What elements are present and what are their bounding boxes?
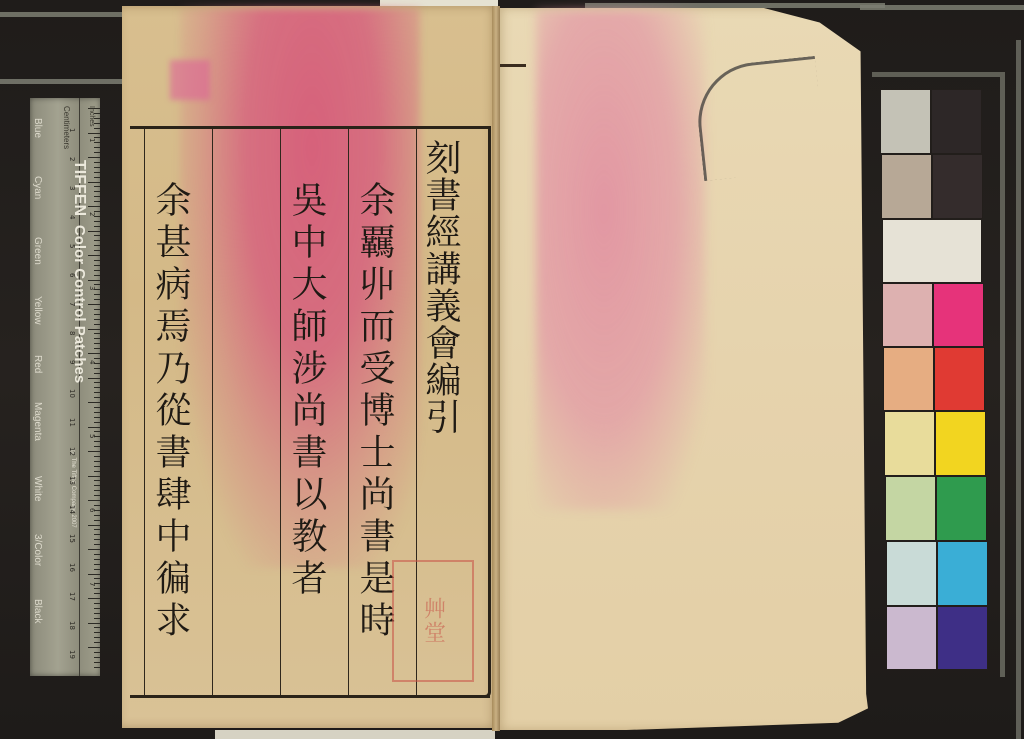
ruler-tick [94,534,100,535]
ruler-tick [94,490,100,491]
ruler-inch-number: 1 [88,138,96,142]
ruler-tick [88,500,100,501]
ruler-tick [94,275,100,276]
ruler-cm-number: 12 [68,447,76,456]
ruler-tick [94,529,100,530]
ruler-cm-number: 4 [68,215,76,219]
board-grid-line [1016,40,1021,739]
ruler-tick [94,382,100,383]
ruler-inch-number: 3 [88,286,96,290]
ruler-tick [94,265,100,266]
ruler-tick [88,255,100,256]
color-patch [932,154,983,219]
ruler-tick [94,480,100,481]
ruler-tick [94,632,100,633]
ruler-inch-number: 5 [88,434,96,438]
ruler-tick [94,613,100,614]
ruler-tick [88,329,100,330]
book-title-column: 刻書經講義會編引 [422,139,458,435]
ruler-tick [88,525,100,526]
ruler-tick [88,402,100,403]
frame-bottom-rule [140,695,490,698]
ruler-tick [88,231,100,232]
ruler-inch-label: Inches [88,106,95,127]
frame-top-rule [130,126,490,129]
color-patch [884,411,935,476]
color-patch [881,154,932,219]
ruler-tick [94,294,100,295]
ruler-cm-number: 15 [68,534,76,543]
ruler-cm-number: 13 [68,476,76,485]
ruler-tick [94,667,100,668]
ruler-tick [94,578,100,579]
ruler-cm-number: 18 [68,621,76,630]
text-column-2: 吳中大師涉尚書以教者𡍣 [288,181,324,643]
ruler-cm-number: 16 [68,563,76,572]
ruler-tick [94,235,100,236]
ruler-tick [94,588,100,589]
ruler-tick [94,446,100,447]
ruler-tick [94,559,100,560]
color-patch [937,541,988,606]
color-calibration-ruler: Centimeters Inches TIFFEN Color Control … [30,98,100,676]
ruler-tick [94,368,100,369]
ruler-tick [94,515,100,516]
color-patch [885,476,936,541]
ruler-tick [94,162,100,163]
ruler-tick [94,412,100,413]
ruler-tick [94,299,100,300]
color-patch [882,283,933,347]
book-spine [492,6,500,731]
ruler-tick [94,554,100,555]
ruler-tick [94,441,100,442]
color-patch [936,476,987,541]
color-patch [883,347,934,411]
ruler-cm-number: 11 [68,418,76,427]
color-patch [933,283,984,347]
ruler-tick [88,304,100,305]
ruler-tick [94,196,100,197]
ruler-tick [94,191,100,192]
ruler-tick [88,574,100,575]
ruler-color-label: Yellow [32,296,43,325]
ruler-tick [94,343,100,344]
column-rule [280,129,281,695]
ruler-tick [88,206,100,207]
ruler-tick [94,603,100,604]
ruler-tick [94,417,100,418]
ruler-tick [94,485,100,486]
ruler-cm-number: 10 [68,389,76,398]
ruler-tick [94,270,100,271]
ruler-copyright: © The Tiffen Company, 2007 [70,450,76,528]
ruler-tick [94,627,100,628]
ruler-tick [94,461,100,462]
ruler-tick [94,593,100,594]
ruler-color-labels: Blue Cyan Green Yellow Red Magenta White… [32,118,43,624]
ruler-color-label: Black [32,599,43,623]
color-patch [886,606,937,670]
ruler-tick [94,314,100,315]
ruler-tick [88,451,100,452]
ruler-tick [88,598,100,599]
ruler-tick [94,177,100,178]
column-rule [144,129,145,695]
color-patch [880,89,931,154]
ruler-tick [94,373,100,374]
ruler-tick [94,431,100,432]
ruler-tick [88,353,100,354]
ruler-cm-number: 19 [68,650,76,659]
ruler-cm-number: 5 [68,244,76,248]
red-collector-seal: 艸堂 [392,560,474,682]
ruler-tick [94,397,100,398]
ruler-cm-number: 9 [68,360,76,364]
ruler-tick [94,333,100,334]
ruler-tick [94,245,100,246]
ruler-inch-number: 4 [88,360,96,364]
ruler-tick [88,157,100,158]
ruler-cm-number: 2 [68,157,76,161]
ruler-tick [94,471,100,472]
ruler-color-label: White [32,476,43,502]
ruler-tick [94,147,100,148]
ruler-tick [94,456,100,457]
text-column-3: 𡍣一二決疑問難靡所傳習 [220,181,256,643]
ruler-tick [94,387,100,388]
color-patch [882,219,982,283]
ruler-tick [88,378,100,379]
ruler-cm-number: 7 [68,302,76,306]
ruler-tick [94,348,100,349]
ruler-tick [88,182,100,183]
column-rule [212,129,213,695]
ruler-tick [88,133,100,134]
ruler-tick [94,642,100,643]
ruler-cm-number: 14 [68,505,76,514]
ruler-tick [94,358,100,359]
red-stain-spot [170,60,210,100]
ruler-tick [94,319,100,320]
color-patch [886,541,937,606]
ruler-tick [94,201,100,202]
board-grid-line [0,79,128,84]
ruler-cm-number: 6 [68,273,76,277]
ruler-tick [94,128,100,129]
ruler-tick [94,152,100,153]
ruler-tick [94,422,100,423]
ruler-tick [94,662,100,663]
ruler-tick [88,476,100,477]
ruler-tick [88,549,100,550]
board-grid-line [585,3,885,8]
ruler-tick [94,338,100,339]
text-column-4: 余甚病焉乃從書肆中徧求 [152,181,188,643]
ruler-tick [94,652,100,653]
ruler-tick [94,520,100,521]
ruler-tick [94,495,100,496]
ruler-tick [94,466,100,467]
ruler-brand-text: TIFFEN Color Control Patches [70,160,88,383]
color-patch [935,411,986,476]
ruler-tick [94,309,100,310]
ruler-tick [94,172,100,173]
ruler-tick [94,569,100,570]
board-grid-line [0,12,128,17]
ruler-cm-number: 1 [68,128,76,132]
ruler-cm-number: 3 [68,186,76,190]
ruler-tick [94,618,100,619]
text-column-1: 余覊丱而受博士尚書是時 [356,181,392,643]
ruler-tick [88,280,100,281]
ruler-color-label: Green [32,237,43,265]
ruler-cm-number: 17 [68,592,76,601]
ruler-tick [94,167,100,168]
ruler-tick [88,427,100,428]
ruler-tick [94,407,100,408]
ruler-inch-number: 7 [88,582,96,586]
ruler-color-label: Blue [32,118,43,138]
ruler-inch-number: 6 [88,508,96,512]
scan-bottom-strip [215,730,495,739]
ruler-inch-number: 2 [88,212,96,216]
ruler-tick [94,221,100,222]
color-patch [934,347,985,411]
ruler-tick [94,226,100,227]
ruler-tick [94,564,100,565]
ruler-tick [94,324,100,325]
ruler-tick [94,260,100,261]
ruler-tick [88,623,100,624]
ruler-tick [94,186,100,187]
column-rule [348,129,349,695]
binding-thread-mark [500,64,526,67]
ruler-color-label: Magenta [32,402,43,441]
ruler-color-label: 3/Color [32,534,43,566]
color-patch [937,606,988,670]
ruler-tick [94,539,100,540]
ruler-tick [94,657,100,658]
ruler-color-label: Cyan [32,176,43,199]
ruler-tick [88,647,100,648]
ruler-cm-number: 8 [68,331,76,335]
ruler-color-label: Red [32,355,43,373]
ruler-tick [94,505,100,506]
ruler-tick [94,392,100,393]
ruler-tick [94,544,100,545]
ruler-tick [94,608,100,609]
ruler-tick [94,637,100,638]
ruler-tick [94,250,100,251]
water-stain-right [536,10,706,510]
color-patch [931,89,982,154]
ruler-tick [94,240,100,241]
